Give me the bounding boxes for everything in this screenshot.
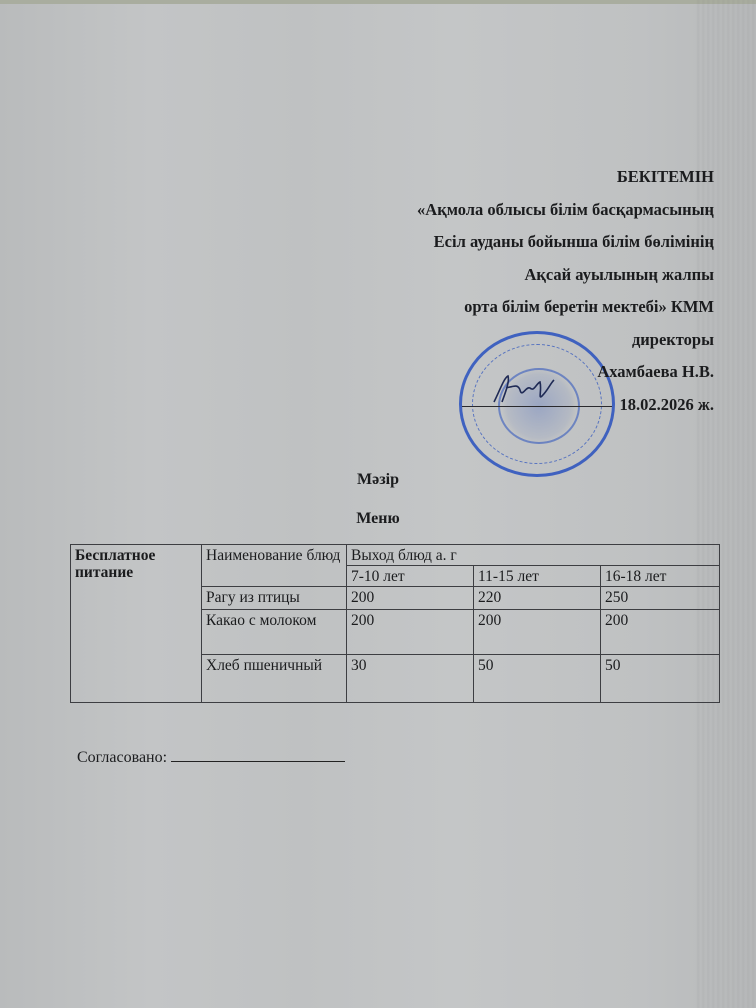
page-top-edge (0, 0, 756, 4)
scan-artifacts (696, 0, 756, 1008)
age-group-header: 11-15 лет (474, 566, 601, 587)
age-group-header: 16-18 лет (601, 566, 720, 587)
approval-line-3: Ақсай ауылының жалпы (334, 266, 714, 299)
yield-value: 50 (474, 655, 601, 703)
approval-line-4: орта білім беретін мектебі» КММ (334, 298, 714, 331)
dish-header: Наименование блюд (202, 545, 347, 587)
yield-value: 250 (601, 587, 720, 610)
approval-position: директоры (334, 331, 714, 364)
yield-header: Выход блюд а. г (347, 545, 720, 566)
yield-value: 30 (347, 655, 474, 703)
yield-value: 50 (601, 655, 720, 703)
dish-name: Хлеб пшеничный (202, 655, 347, 703)
approval-line-1: «Ақмола облысы білім басқармасының (334, 201, 714, 234)
agreed-label: Согласовано: (77, 749, 167, 766)
approval-line-2: Есіл ауданы бойынша білім бөлімінің (334, 233, 714, 266)
category-cell: Бесплатное питание (71, 545, 202, 703)
agreed-signature-line (171, 749, 345, 762)
menu-title-ru: Меню (0, 510, 756, 528)
menu-title-kz: Мәзір (0, 471, 756, 489)
yield-value: 220 (474, 587, 601, 610)
approval-director-name: Ахамбаева Н.В. (334, 363, 714, 396)
yield-value: 200 (601, 610, 720, 655)
yield-value: 200 (347, 587, 474, 610)
agreed-field: Согласовано: (77, 749, 345, 767)
approval-block: БЕКІТЕМІН «Ақмола облысы білім басқармас… (334, 168, 714, 428)
menu-table: Бесплатное питание Наименование блюд Вых… (70, 544, 720, 703)
dish-name: Рагу из птицы (202, 587, 347, 610)
yield-value: 200 (474, 610, 601, 655)
yield-value: 200 (347, 610, 474, 655)
approval-title: БЕКІТЕМІН (334, 168, 714, 201)
dish-name: Какао с молоком (202, 610, 347, 655)
approval-date: 18.02.2026 ж. (334, 396, 714, 429)
age-group-header: 7-10 лет (347, 566, 474, 587)
